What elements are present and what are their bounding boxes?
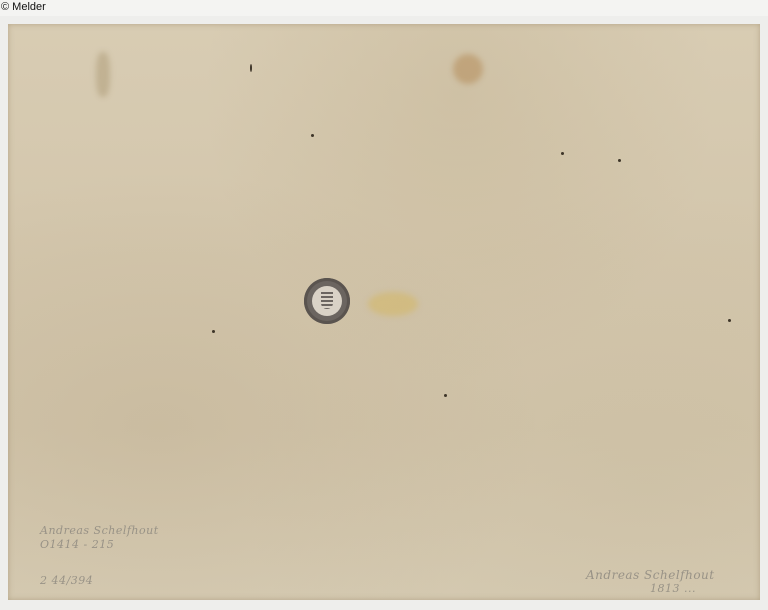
inscription-number: O1414 - 215 bbox=[40, 538, 114, 551]
stamp-inner bbox=[312, 286, 342, 316]
foxing-spot bbox=[561, 152, 564, 155]
stain-left bbox=[96, 52, 110, 97]
foxing-spot bbox=[444, 394, 447, 397]
shield-icon bbox=[321, 292, 333, 309]
copyright-credit: © Melder bbox=[1, 1, 46, 14]
inscription-date: 1813 ... bbox=[650, 582, 696, 595]
collector-stamp bbox=[304, 278, 350, 324]
stain-center bbox=[368, 292, 418, 316]
foxing-spot bbox=[250, 64, 252, 72]
stain-top bbox=[453, 54, 483, 84]
foxing-spot bbox=[618, 159, 621, 162]
paper-sheet: Andreas Schelfhout O1414 - 215 2 44/394 … bbox=[8, 24, 760, 600]
inscription-signature: Andreas Schelfhout bbox=[586, 568, 715, 582]
inscription-artist: Andreas Schelfhout bbox=[40, 524, 159, 537]
foxing-spot bbox=[728, 319, 731, 322]
foxing-spot bbox=[311, 134, 314, 137]
inscription-inventory: 2 44/394 bbox=[40, 574, 93, 587]
foxing-spot bbox=[212, 330, 215, 333]
